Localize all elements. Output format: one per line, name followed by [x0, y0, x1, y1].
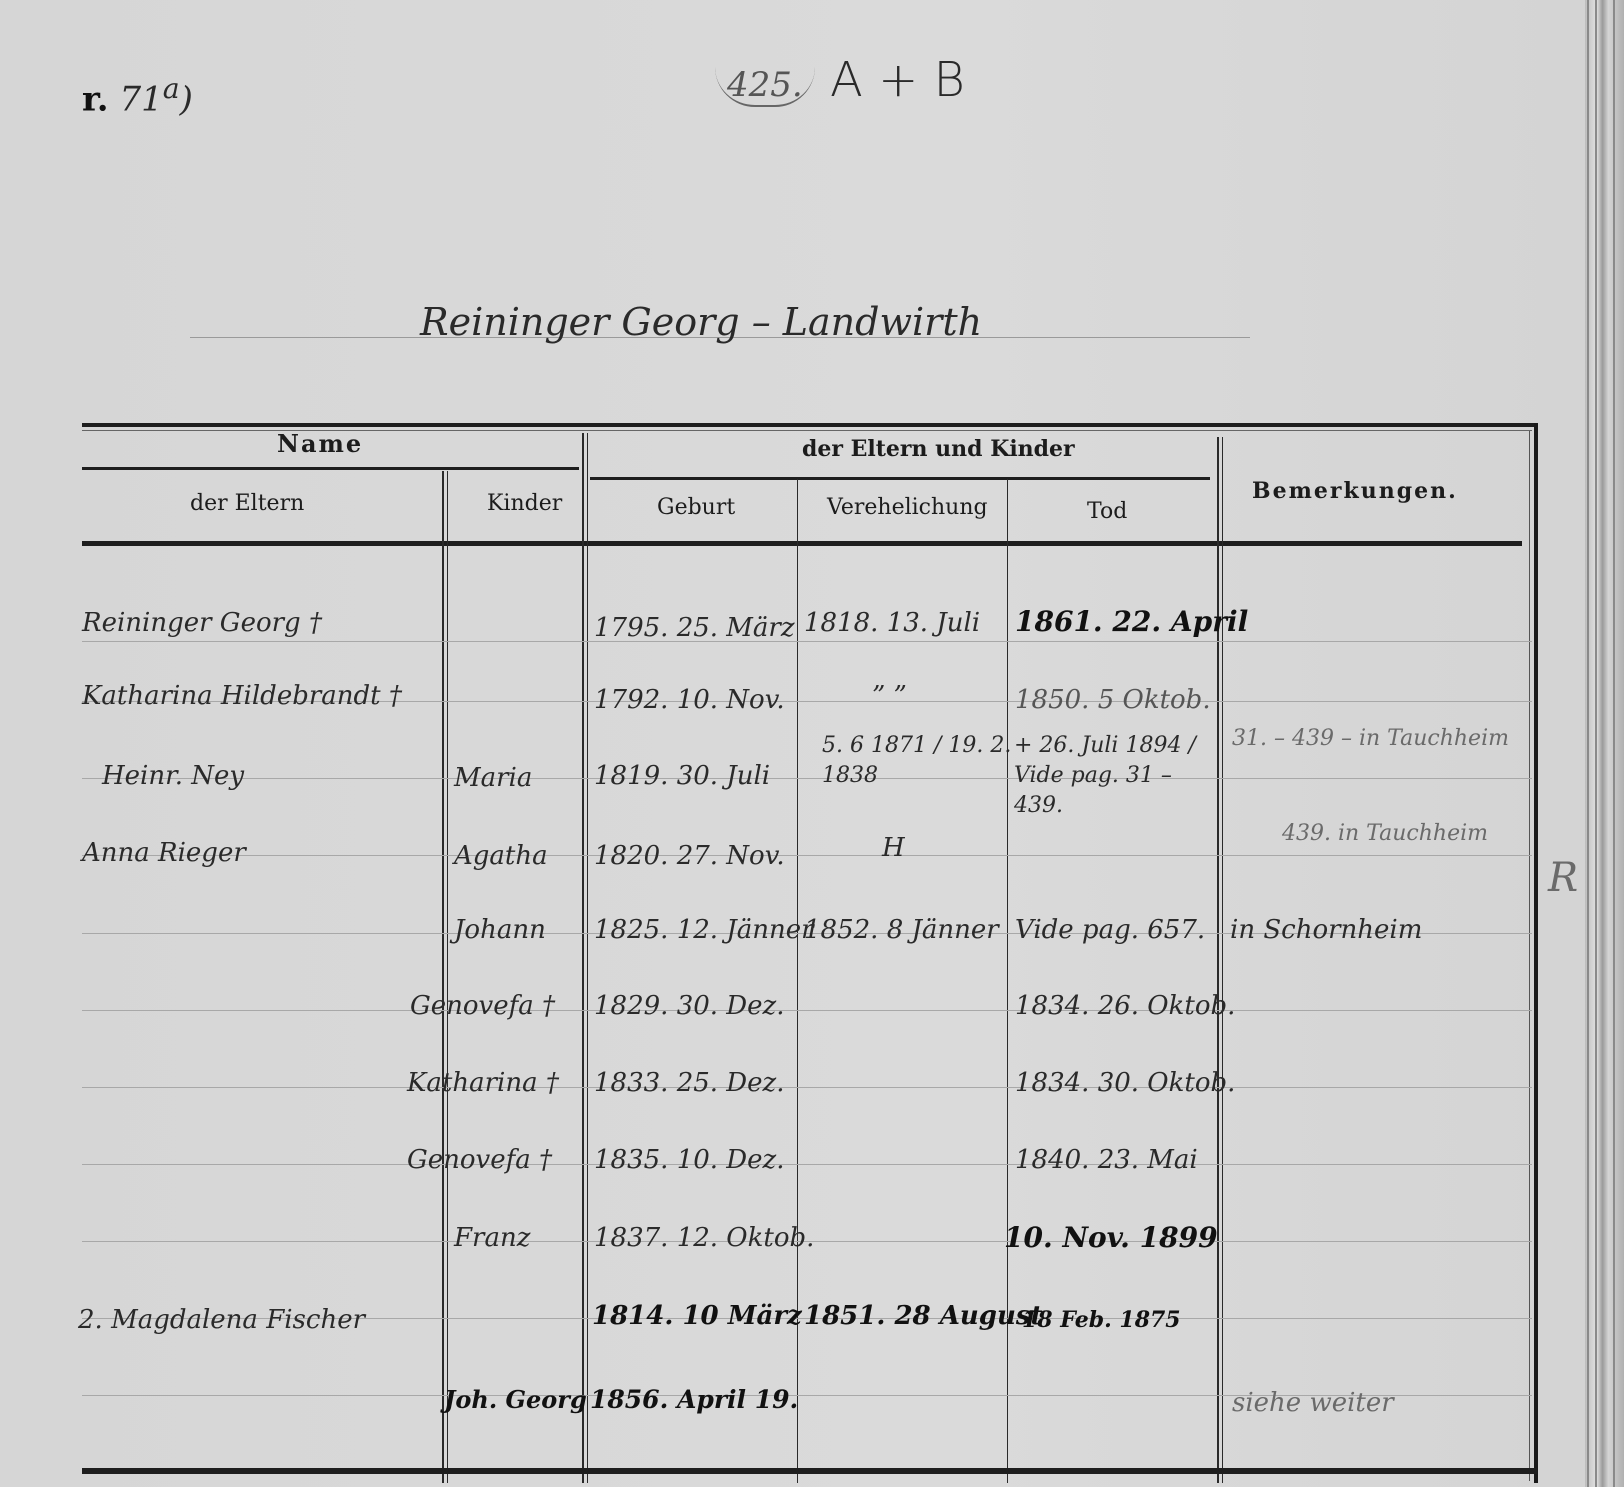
- cell-marriage: 1852. 8 Jänner: [804, 915, 999, 945]
- header-remarks: Bemerkungen.: [1252, 478, 1458, 504]
- cell-remarks: siehe weiter: [1232, 1388, 1394, 1418]
- col-divider-children: [442, 471, 444, 1483]
- cell-marriage: 1851. 28 August: [804, 1301, 1043, 1331]
- ruled-line: [82, 641, 1532, 642]
- cell-death: 1840. 23. Mai: [1015, 1145, 1198, 1175]
- cell-child: Franz: [454, 1223, 530, 1253]
- page-ref-number: 71: [119, 79, 162, 119]
- ruled-line: [82, 1010, 1532, 1011]
- cell-birth: 1829. 30. Dez.: [594, 991, 785, 1021]
- cell-marriage: 5. 6 1871 / 19. 2. 1838: [822, 731, 1012, 791]
- cell-parent: Reininger Georg †: [82, 608, 322, 638]
- page-ref-prefix: r.: [82, 79, 109, 119]
- gutter-line: [1613, 0, 1615, 1487]
- cell-remarks: in Schornheim: [1230, 915, 1422, 945]
- annotation-letters: A + B: [830, 52, 965, 108]
- cell-death: 1834. 26. Oktob.: [1015, 991, 1235, 1021]
- header-marriage: Verehelichung: [827, 495, 988, 520]
- ruled-line: [82, 1087, 1532, 1088]
- cell-death: 1850. 5 Oktob.: [1015, 685, 1211, 715]
- cell-marriage: H: [882, 833, 905, 863]
- page-reference: r. 71a): [82, 72, 193, 119]
- header-death: Tod: [1087, 499, 1127, 524]
- cell-child: Joh. Georg: [444, 1385, 587, 1414]
- ruled-line: [82, 1164, 1532, 1165]
- register-page: r. 71a) 425. A + B Reininger Georg – Lan…: [0, 0, 1590, 1487]
- book-gutter: [1585, 0, 1624, 1487]
- cell-parent: Heinr. Ney: [102, 761, 244, 791]
- cell-child: Agatha: [454, 841, 548, 871]
- top-annotation: 425. A + B: [715, 52, 965, 108]
- col-divider-death: [1007, 479, 1008, 1483]
- cell-parent: Katharina Hildebrandt †: [82, 681, 402, 711]
- cell-death: 10. Nov. 1899: [1004, 1221, 1218, 1254]
- header-parents: der Eltern: [190, 491, 304, 516]
- cell-death: 1861. 22. April: [1015, 605, 1248, 638]
- cell-birth: 1819. 30. Juli: [594, 761, 770, 791]
- cell-birth: 1856. April 19.: [590, 1385, 798, 1414]
- col-divider-remarks: [1217, 437, 1219, 1483]
- cell-birth: 1820. 27. Nov.: [594, 841, 785, 871]
- rule-header-bottom: [82, 541, 1522, 546]
- cell-parent: Anna Rieger: [82, 838, 246, 868]
- col-divider-children-2: [447, 471, 448, 1483]
- cell-remarks: 31. – 439 – in Tauchheim: [1232, 723, 1522, 755]
- col-divider-birth: [582, 433, 584, 1483]
- cell-birth: 1814. 10 März: [592, 1301, 802, 1331]
- header-birth: Geburt: [657, 495, 735, 520]
- col-divider-marriage: [797, 479, 798, 1483]
- rule-bottom: [82, 1468, 1537, 1474]
- margin-note-right: R: [1548, 855, 1578, 901]
- cell-birth: 1792. 10. Nov.: [594, 685, 785, 715]
- cell-birth: 1837. 12. Oktob.: [594, 1223, 814, 1253]
- cell-death: 18 Feb. 1875: [1022, 1307, 1181, 1333]
- cell-birth: 1833. 25. Dez.: [594, 1068, 785, 1098]
- header-dates-group: der Eltern und Kinder: [802, 436, 1075, 462]
- cell-remarks: 439. in Tauchheim: [1282, 818, 1522, 850]
- col-divider-birth-2: [587, 433, 588, 1483]
- circled-number: 425.: [715, 65, 815, 107]
- cell-death: + 26. Juli 1894 / Vide pag. 31 – 439.: [1014, 731, 1219, 821]
- cell-death: Vide pag. 657.: [1015, 915, 1205, 945]
- cell-birth: 1835. 10. Dez.: [594, 1145, 785, 1175]
- gutter-line: [1595, 0, 1597, 1487]
- ruled-line: [82, 855, 1532, 856]
- cell-child: Genovefa †: [407, 1145, 552, 1175]
- register-table: Name der Eltern und Kinder der Eltern Ki…: [82, 423, 1537, 1483]
- rule-dates-group: [590, 477, 1210, 480]
- cell-marriage: ” ”: [872, 681, 907, 711]
- cell-parent: 2. Magdalena Fischer: [78, 1305, 365, 1335]
- header-children: Kinder: [487, 491, 562, 516]
- cell-child: Genovefa †: [410, 991, 555, 1021]
- rule-name-group: [82, 467, 579, 470]
- cell-marriage: 1818. 13. Juli: [804, 608, 980, 638]
- cell-birth: 1825. 12. Jänner: [594, 915, 814, 945]
- page-ref-suffix: a: [163, 72, 180, 105]
- cell-child: Johann: [454, 915, 546, 945]
- border-right: [1534, 423, 1538, 1483]
- cell-death: 1834. 30. Oktob.: [1015, 1068, 1235, 1098]
- border-right-thin: [1529, 431, 1530, 1481]
- ruled-line: [82, 778, 1532, 779]
- gutter-line: [1587, 0, 1589, 1487]
- family-title: Reininger Georg – Landwirth: [420, 300, 982, 344]
- col-divider-remarks-2: [1222, 437, 1223, 1483]
- cell-birth: 1795. 25. März: [594, 613, 795, 643]
- cell-child: Maria: [454, 763, 532, 793]
- cell-child: Katharina †: [407, 1068, 559, 1098]
- header-name: Name: [277, 429, 363, 458]
- rule-top: [82, 423, 1537, 427]
